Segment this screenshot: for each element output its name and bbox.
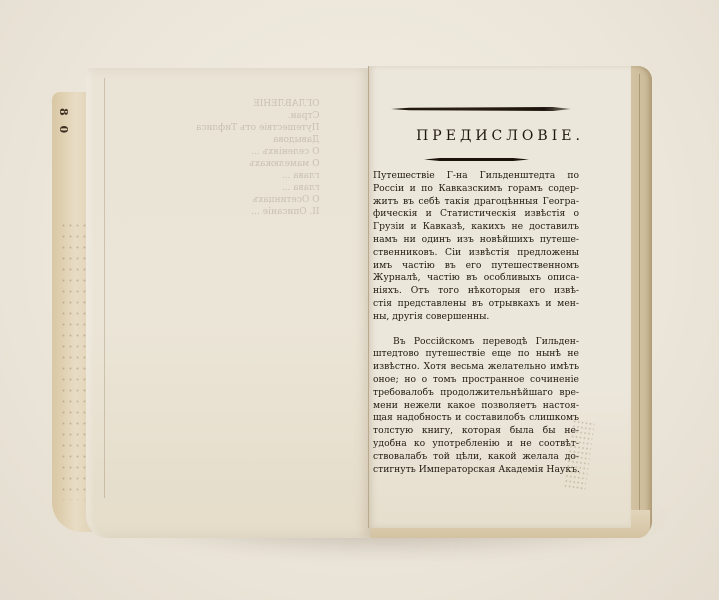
text-line: стигнуть Императорская Академiя Наукъ. xyxy=(373,464,579,477)
text-line: нiяхъ. Отъ того нѣкоторыя его извѣ- xyxy=(373,285,579,298)
text-line: намъ ни одинъ изъ новѣйшихъ путеше- xyxy=(373,234,579,247)
text-line: Въ Россiйскомъ переводѣ Гильден- xyxy=(373,336,579,349)
paragraph-2: Въ Россiйскомъ переводѣ Гильден- штедтов… xyxy=(373,336,579,477)
foxing-spots xyxy=(60,220,86,500)
text-line: стiя представлены въ отрывкахъ и мен- xyxy=(373,298,579,311)
left-page[interactable]: ОГЛАВЛЕНIЕ Стран. Путешествiе отъ Тифлис… xyxy=(86,68,370,538)
text-line: штедтово путешествiе еще по нынѣ не xyxy=(373,348,579,361)
text-line: мени нежели какое позволяетъ настоя- xyxy=(373,400,579,413)
open-book: 8 0 ОГЛАВЛЕНIЕ Стран. Путешествiе отъ Ти… xyxy=(0,0,719,600)
right-page[interactable]: ПРЕДИСЛОВIЕ. Путешествiе Г-на Гильденште… xyxy=(368,66,631,528)
text-line: Грузiи и Кавказѣ, какихъ не доставилъ xyxy=(373,221,579,234)
text-line: извѣстно. Хотя весьма желательно имѣть xyxy=(373,361,579,374)
text-line: толстую книгу, которая была бы не- xyxy=(373,425,579,438)
text-line: ствовалабъ той цѣли, какой желала до- xyxy=(373,451,579,464)
text-line: удобна ко употребленiю и не соотвѣт- xyxy=(373,438,579,451)
page-title: ПРЕДИСЛОВIЕ. xyxy=(369,128,631,144)
paragraph-1: Путешествiе Г-на Гильденштедта по Россiи… xyxy=(373,170,579,324)
preface-body: Путешествiе Г-на Гильденштедта по Россiи… xyxy=(373,170,579,476)
ornamental-rule-top xyxy=(391,107,571,111)
text-line: требовалобъ продолжительнѣйшаго вре- xyxy=(373,387,579,400)
text-line: Россiи и по Кавказскимъ горамъ содер- xyxy=(373,183,579,196)
text-line: щая надобность и составилобъ слишкомъ xyxy=(373,412,579,425)
bleed-through-text: ОГЛАВЛЕНIЕ Стран. Путешествiе отъ Тифлис… xyxy=(196,98,319,218)
text-line: фическiя и Статистическiя извѣстiя о xyxy=(373,208,579,221)
text-line: оное; но о томъ пространное сочиненiе xyxy=(373,374,579,387)
ornamental-rule-middle xyxy=(424,158,529,161)
text-line: имъ частiю въ его путешественномъ xyxy=(373,260,579,273)
fold-line xyxy=(104,78,105,498)
text-line: Путешествiе Г-на Гильденштедта по xyxy=(373,170,579,183)
text-line: Журналѣ, частiю въ особливыхъ описа- xyxy=(373,272,579,285)
text-line: ственниковъ. Сiи извѣстiя предложены xyxy=(373,247,579,260)
text-line: ны, другiя совершенны. xyxy=(373,311,579,324)
spine-label: 8 0 xyxy=(57,108,70,136)
text-line: житъ въ себѣ такiя драгоцѣнныя Геогра- xyxy=(373,196,579,209)
